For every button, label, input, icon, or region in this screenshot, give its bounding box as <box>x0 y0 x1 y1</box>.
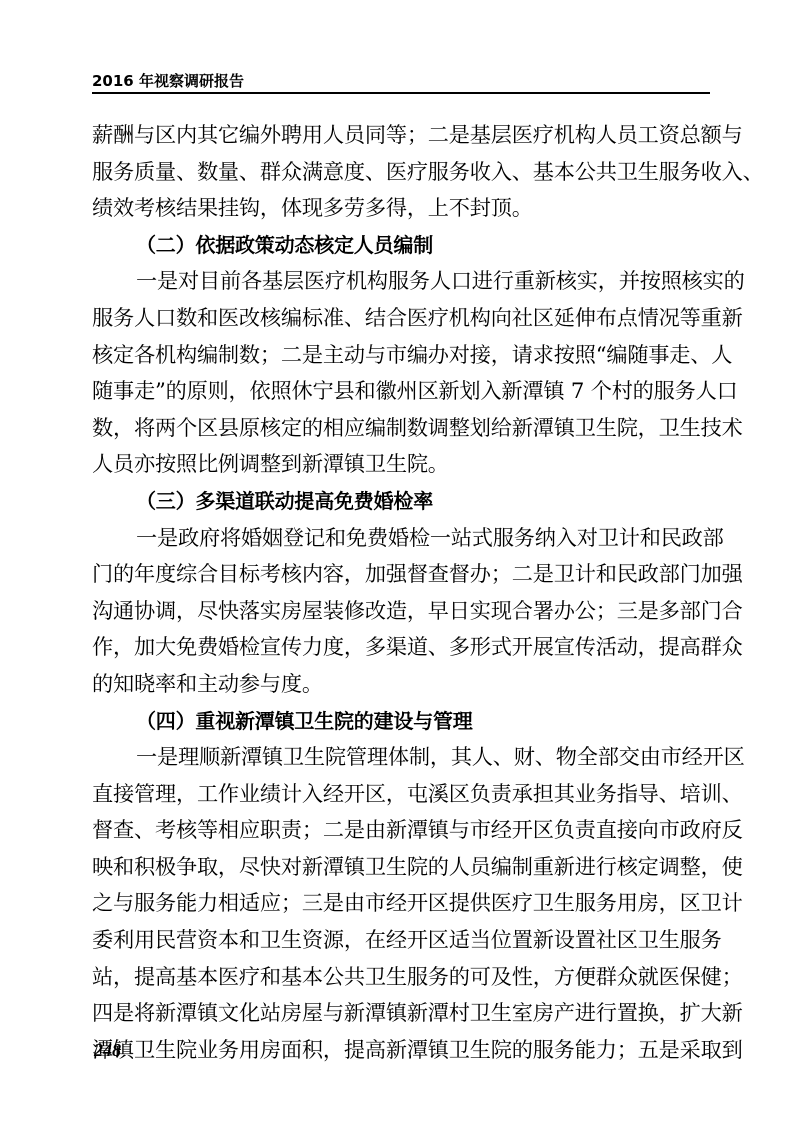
text-line: 绩效考核结果挂钩，体现多劳多得，上不封顶。 <box>92 190 712 227</box>
document-body: 薪酬与区内其它编外聘用人员同等；二是基层医疗机构人员工资总额与 服务质量、数量、… <box>92 117 712 1068</box>
section-heading-2: （二）依据政策动态核定人员编制 <box>92 227 712 264</box>
running-header: 2016 年视察调研报告 <box>92 72 710 90</box>
text-line: 潭镇卫生院业务用房面积，提高新潭镇卫生院的服务能力；五是采取到 <box>92 1032 712 1069</box>
text-line: 服务人口数和医改核编标准、结合医疗机构向社区延伸布点情况等重新 <box>92 300 712 337</box>
text-line: 作，加大免费婚检宣传力度，多渠道、多形式开展宣传活动，提高群众 <box>92 629 712 666</box>
paragraph-premarital-check: 一是政府将婚姻登记和免费婚检一站式服务纳入对卫计和民政部 门的年度综合目标考核内… <box>92 520 712 703</box>
text-line: 门的年度综合目标考核内容，加强督查督办；二是卫计和民政部门加强 <box>92 556 712 593</box>
running-header-title: 2016 年视察调研报告 <box>92 72 710 90</box>
text-line: 映和积极争取，尽快对新潭镇卫生院的人员编制重新进行核定调整，使 <box>92 849 712 886</box>
text-line: 一是理顺新潭镇卫生院管理体制，其人、财、物全部交由市经开区 <box>92 739 712 776</box>
page-number: 248 <box>94 1040 121 1061</box>
paragraph-health-center: 一是理顺新潭镇卫生院管理体制，其人、财、物全部交由市经开区 直接管理，工作业绩计… <box>92 739 712 1068</box>
text-line: 服务质量、数量、群众满意度、医疗服务收入、基本公共卫生服务收入、 <box>92 154 712 191</box>
text-line: 人员亦按照比例调整到新潭镇卫生院。 <box>92 446 712 483</box>
text-line: 一是政府将婚姻登记和免费婚检一站式服务纳入对卫计和民政部 <box>92 520 712 557</box>
text-line: 一是对目前各基层医疗机构服务人口进行重新核实，并按照核实的 <box>92 263 712 300</box>
text-line: 数，将两个区县原核定的相应编制数调整划给新潭镇卫生院，卫生技术 <box>92 410 712 447</box>
paragraph-continued: 薪酬与区内其它编外聘用人员同等；二是基层医疗机构人员工资总额与 服务质量、数量、… <box>92 117 712 227</box>
section-heading-4: （四）重视新潭镇卫生院的建设与管理 <box>92 703 712 740</box>
text-line: 站，提高基本医疗和基本公共卫生服务的可及性，方便群众就医保健； <box>92 959 712 996</box>
section-heading-3: （三）多渠道联动提高免费婚检率 <box>92 483 712 520</box>
paragraph-staffing: 一是对目前各基层医疗机构服务人口进行重新核实，并按照核实的 服务人口数和医改核编… <box>92 263 712 483</box>
text-line: 四是将新潭镇文化站房屋与新潭镇新潭村卫生室房产进行置换，扩大新 <box>92 995 712 1032</box>
text-line: 随事走”的原则，依照休宁县和徽州区新划入新潭镇 7 个村的服务人口 <box>92 373 712 410</box>
text-line: 沟通协调，尽快落实房屋装修改造，早日实现合署办公；三是多部门合 <box>92 593 712 630</box>
text-line: 督查、考核等相应职责；二是由新潭镇与市经开区负责直接向市政府反 <box>92 812 712 849</box>
text-line: 委利用民营资本和卫生资源，在经开区适当位置新设置社区卫生服务 <box>92 922 712 959</box>
text-line: 之与服务能力相适应；三是由市经开区提供医疗卫生服务用房，区卫计 <box>92 885 712 922</box>
text-line: 核定各机构编制数；二是主动与市编办对接，请求按照“编随事走、人 <box>92 337 712 374</box>
text-line: 薪酬与区内其它编外聘用人员同等；二是基层医疗机构人员工资总额与 <box>92 117 712 154</box>
text-line: 的知晓率和主动参与度。 <box>92 666 712 703</box>
header-rule <box>92 92 710 94</box>
text-line: 直接管理，工作业绩计入经开区，屯溪区负责承担其业务指导、培训、 <box>92 776 712 813</box>
